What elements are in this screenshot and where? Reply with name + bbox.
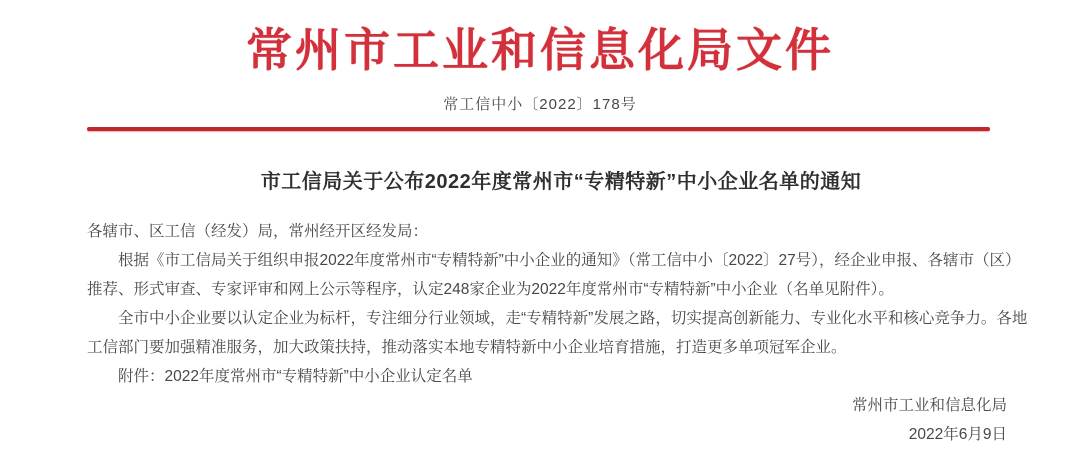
- notice-title: 市工信局关于公布2022年度常州市“专精特新”中小企业名单的通知: [87, 168, 1035, 196]
- document-letterhead: 常州市工业和信息化局文件 常工信中小〔2022〕178号: [0, 0, 1080, 131]
- salutation-line: 各辖市、区工信（经发）局，常州经开区经发局：: [87, 217, 1035, 246]
- letterhead-agency-title: 常州市工业和信息化局文件: [0, 0, 1080, 75]
- document-number: 常工信中小〔2022〕178号: [0, 97, 1080, 113]
- document-body: 各辖市、区工信（经发）局，常州经开区经发局： 根据《市工信局关于组织申报2022…: [87, 217, 1035, 449]
- signature-block: 常州市工业和信息化局 2022年6月9日: [87, 391, 1035, 449]
- signature-agency-name: 常州市工业和信息化局: [87, 391, 1007, 420]
- attachment-line: 附件：2022年度常州市“专精特新”中小企业认定名单: [87, 362, 1035, 391]
- signature-date: 2022年6月9日: [87, 420, 1007, 449]
- body-paragraph-2: 全市中小企业要以认定企业为标杆，专注细分行业领域，走“专精特新”发展之路，切实提…: [87, 304, 1035, 362]
- official-document-page: 常州市工业和信息化局文件 常工信中小〔2022〕178号 市工信局关于公布202…: [0, 0, 1080, 454]
- body-paragraph-1: 根据《市工信局关于组织申报2022年度常州市“专精特新”中小企业的通知》（常工信…: [87, 246, 1035, 304]
- red-divider-line: [87, 127, 990, 131]
